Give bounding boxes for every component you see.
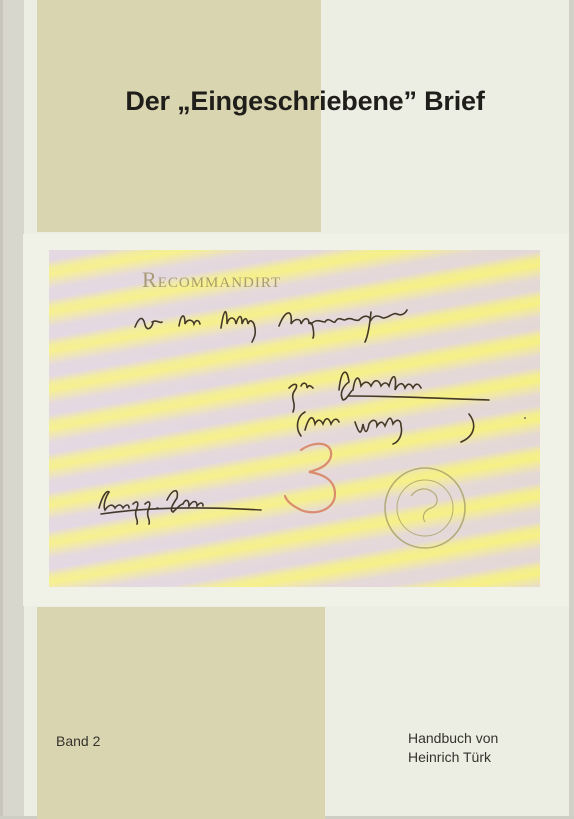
book-title: Der „Eingeschriebene” Brief: [0, 86, 574, 117]
author-block: Handbuch von Heinrich Türk: [408, 729, 498, 767]
author-line-1: Handbuch von: [408, 729, 498, 748]
stamp-rest: ECOMMANDIRT: [158, 275, 281, 291]
book-cover: Der „Eingeschriebene” Brief RECOMMANDIRT: [0, 0, 574, 819]
rate-marking: [285, 444, 335, 513]
beige-block-bottom: [37, 607, 325, 819]
spine-edge: [0, 0, 3, 819]
recommandirt-stamp: RECOMMANDIRT: [142, 267, 281, 293]
author-line-2: Heinrich Türk: [408, 748, 498, 767]
handwriting-drawing: [49, 250, 540, 587]
stamp-initial: R: [142, 267, 158, 292]
cover-right-edge: [569, 0, 574, 819]
book-spine: [0, 0, 24, 819]
volume-label: Band 2: [56, 733, 100, 749]
envelope-illustration: RECOMMANDIRT: [49, 250, 540, 587]
